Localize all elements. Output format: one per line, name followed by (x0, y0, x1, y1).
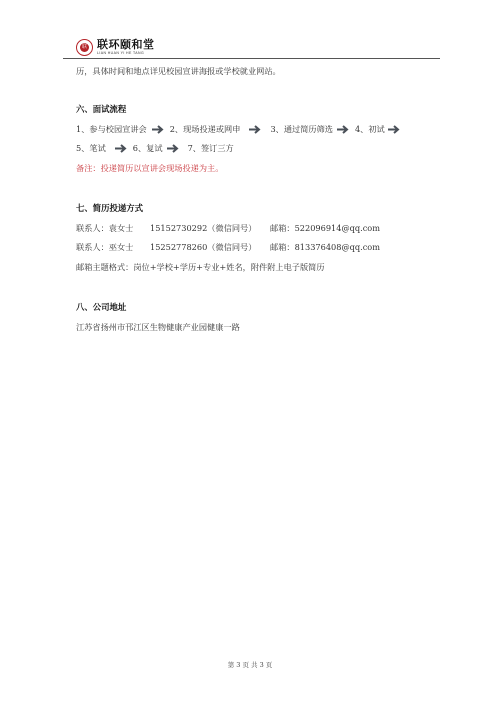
intro-tail-text: 历，具体时间和地点详见校园宣讲海报或学校就业网站。 (76, 66, 281, 77)
contact-phone: 15152730292（微信同号） (150, 223, 250, 234)
arrow-right-icon (249, 125, 261, 134)
arrow-right-icon (388, 125, 400, 134)
contact-name: 联系人：巫女士 (76, 242, 150, 253)
arrow-right-icon (115, 144, 127, 153)
submission-note: 备注：投递简历以宣讲会现场投递为主。 (76, 163, 223, 174)
flow-step-2: 2、现场投递或网申 (170, 124, 241, 135)
arrow-right-icon (167, 144, 179, 153)
flow-step-7: 7、签订三方 (188, 143, 234, 154)
page-number-footer: 第 3 页 共 3 页 (0, 660, 500, 669)
flow-step-1: 1、参与校园宣讲会 (76, 124, 147, 135)
email-subject-format: 邮箱主题格式：岗位+学校+学历+专业+姓名，附件附上电子版简历 (76, 262, 325, 273)
contact-phone: 15252778260（微信同号） (150, 242, 250, 253)
contact-row: 联系人：巫女士 15252778260（微信同号） 邮箱：813376408@q… (76, 242, 380, 253)
contact-email: 邮箱：522096914@qq.com (270, 223, 380, 234)
contact-name: 联系人：袁女士 (76, 223, 150, 234)
flow-step-6: 6、复试 (133, 143, 163, 154)
flow-step-4: 4、初试 (355, 124, 385, 135)
flow-step-5: 5、笔试 (76, 143, 106, 154)
arrow-right-icon (152, 125, 164, 134)
document-page: 联 联环颐和堂 LIAN HUAN YI HE TANG 历，具体时间和地点详见… (0, 0, 500, 709)
section-8-title: 八、公司地址 (76, 302, 126, 313)
company-logo-seal-icon: 联 (76, 39, 93, 56)
logo-pinyin-name: LIAN HUAN YI HE TANG (97, 51, 155, 56)
flow-step-3: 3、通过简历筛选 (270, 124, 333, 135)
header-divider (63, 58, 440, 59)
section-7-title: 七、简历投递方式 (76, 203, 143, 214)
company-address: 江苏省扬州市邗江区生物健康产业园健康一路 (76, 322, 240, 333)
section-6-title: 六、面试流程 (76, 104, 126, 115)
contact-row: 联系人：袁女士 15152730292（微信同号） 邮箱：522096914@q… (76, 223, 380, 234)
contact-email: 邮箱：813376408@qq.com (270, 242, 380, 253)
company-logo: 联环颐和堂 LIAN HUAN YI HE TANG (97, 39, 155, 56)
interview-flow-row-1: 1、参与校园宣讲会 2、现场投递或网申 3、通过简历筛选 4、初试 (76, 124, 406, 135)
logo-chinese-name: 联环颐和堂 (97, 39, 155, 51)
arrow-right-icon (337, 125, 349, 134)
interview-flow-row-2: 5、笔试 6、复试 7、签订三方 (76, 143, 234, 154)
logo-seal-text: 联 (80, 43, 89, 52)
page-header: 联 联环颐和堂 LIAN HUAN YI HE TANG (76, 36, 155, 58)
